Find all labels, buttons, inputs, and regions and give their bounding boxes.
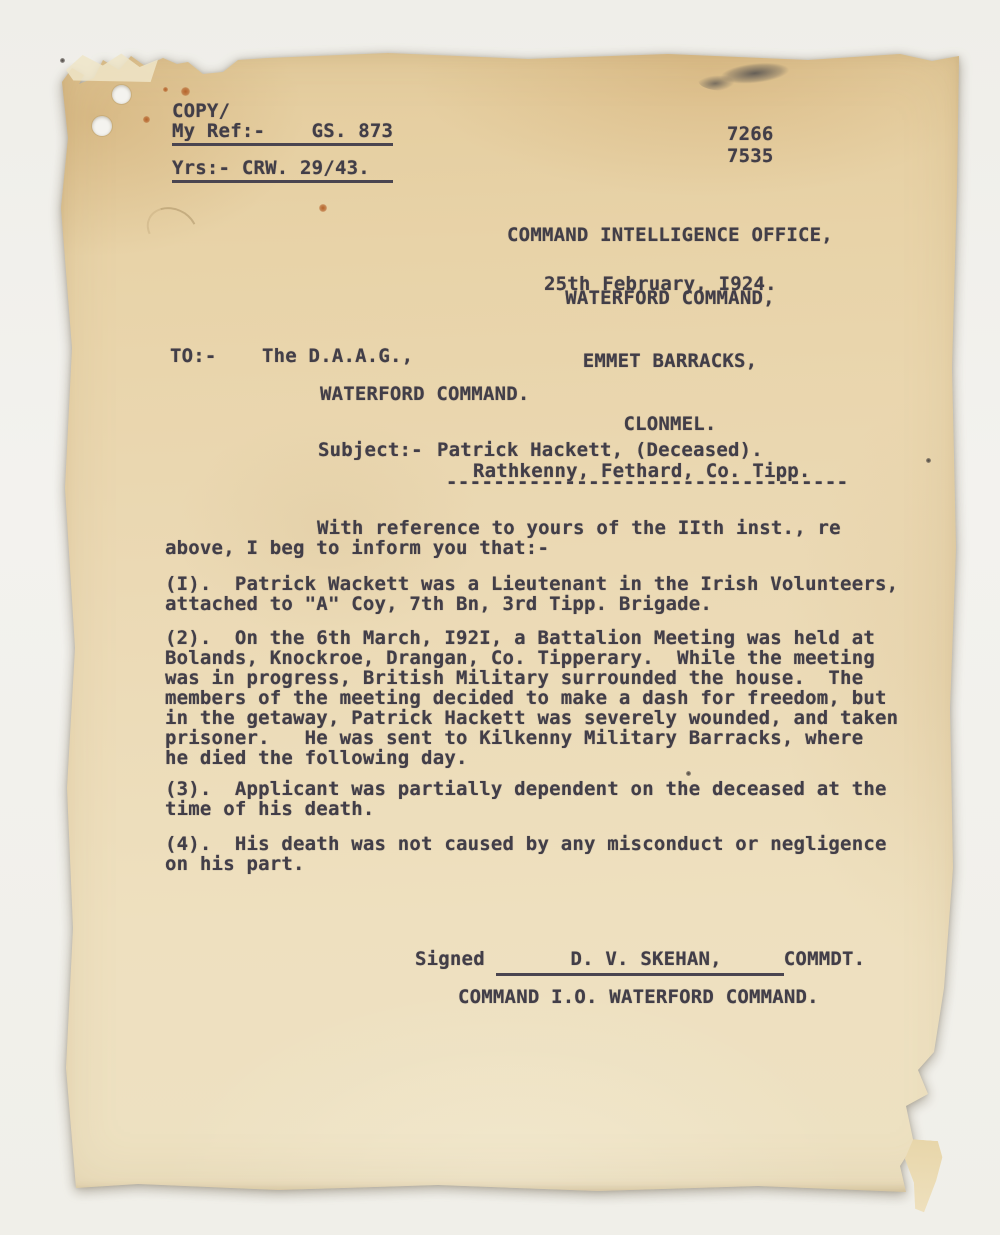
- body-line: With reference to yours of the IIth inst…: [165, 518, 841, 538]
- to-recipient-command: WATERFORD COMMAND.: [320, 384, 530, 404]
- office-line: CLONMEL.: [507, 414, 833, 435]
- paragraph-2: (2). On the 6th March, I92I, a Battalion…: [165, 628, 898, 768]
- body-line: members of the meeting decided to make a…: [165, 688, 898, 708]
- body-line: in the getaway, Patrick Hackett was seve…: [165, 708, 898, 728]
- subject-dashed-rule: ----------------------------------: [446, 472, 849, 492]
- office-line: EMMET BARRACKS,: [507, 351, 833, 372]
- paragraph-4: (4). His death was not caused by any mis…: [165, 834, 887, 874]
- subject-label: Subject:-: [318, 440, 423, 460]
- body-line: (3). Applicant was partially dependent o…: [165, 779, 887, 799]
- scanned-letter-page: COPY/ My Ref:- GS. 873 Yrs:- CRW. 29/43.…: [0, 0, 1000, 1235]
- copy-label: COPY/: [172, 101, 230, 121]
- body-line: (4). His death was not caused by any mis…: [165, 834, 887, 854]
- office-address-block: COMMAND INTELLIGENCE OFFICE, WATERFORD C…: [507, 183, 833, 477]
- paragraph-3: (3). Applicant was partially dependent o…: [165, 779, 887, 819]
- subject-line: Patrick Hackett, (Deceased).: [437, 440, 763, 460]
- body-line: attached to "A" Coy, 7th Bn, 3rd Tipp. B…: [165, 594, 898, 614]
- body-line: above, I beg to inform you that:-: [165, 538, 841, 558]
- signature-line: Signed D. V. SKEHAN,COMMDT.: [415, 949, 865, 969]
- punch-hole: [92, 116, 112, 136]
- to-label: TO:-: [170, 346, 217, 366]
- signature-underline: D. V. SKEHAN,: [496, 948, 783, 976]
- file-number-2: 7535: [727, 146, 774, 166]
- body-line: he died the following day.: [165, 748, 898, 768]
- letter-content: COPY/ My Ref:- GS. 873 Yrs:- CRW. 29/43.…: [0, 0, 1000, 1235]
- signature-org: COMMAND I.O. WATERFORD COMMAND.: [458, 987, 819, 1007]
- office-line: COMMAND INTELLIGENCE OFFICE,: [507, 225, 833, 246]
- date-line: 25th February, I924.: [544, 274, 777, 294]
- body-line: was in progress, British Military surrou…: [165, 668, 898, 688]
- body-line: Bolands, Knockroe, Drangan, Co. Tipperar…: [165, 648, 898, 668]
- intro-paragraph: With reference to yours of the IIth inst…: [165, 518, 841, 558]
- signature-name: D. V. SKEHAN,: [570, 948, 721, 970]
- to-recipient: The D.A.A.G.,: [262, 346, 413, 366]
- paragraph-1: (I). Patrick Wackett was a Lieutenant in…: [165, 574, 898, 614]
- body-line: (2). On the 6th March, I92I, a Battalion…: [165, 628, 898, 648]
- file-number-1: 7266: [727, 124, 774, 144]
- signed-label: Signed: [415, 948, 485, 970]
- punch-hole: [112, 85, 131, 104]
- yrs-ref-line: Yrs:- CRW. 29/43.: [172, 158, 393, 183]
- body-line: (I). Patrick Wackett was a Lieutenant in…: [165, 574, 898, 594]
- body-line: on his part.: [165, 854, 887, 874]
- my-ref-line: My Ref:- GS. 873: [172, 121, 393, 146]
- body-line: prisoner. He was sent to Kilkenny Milita…: [165, 728, 898, 748]
- body-line: time of his death.: [165, 799, 887, 819]
- signature-rank: COMMDT.: [784, 948, 865, 970]
